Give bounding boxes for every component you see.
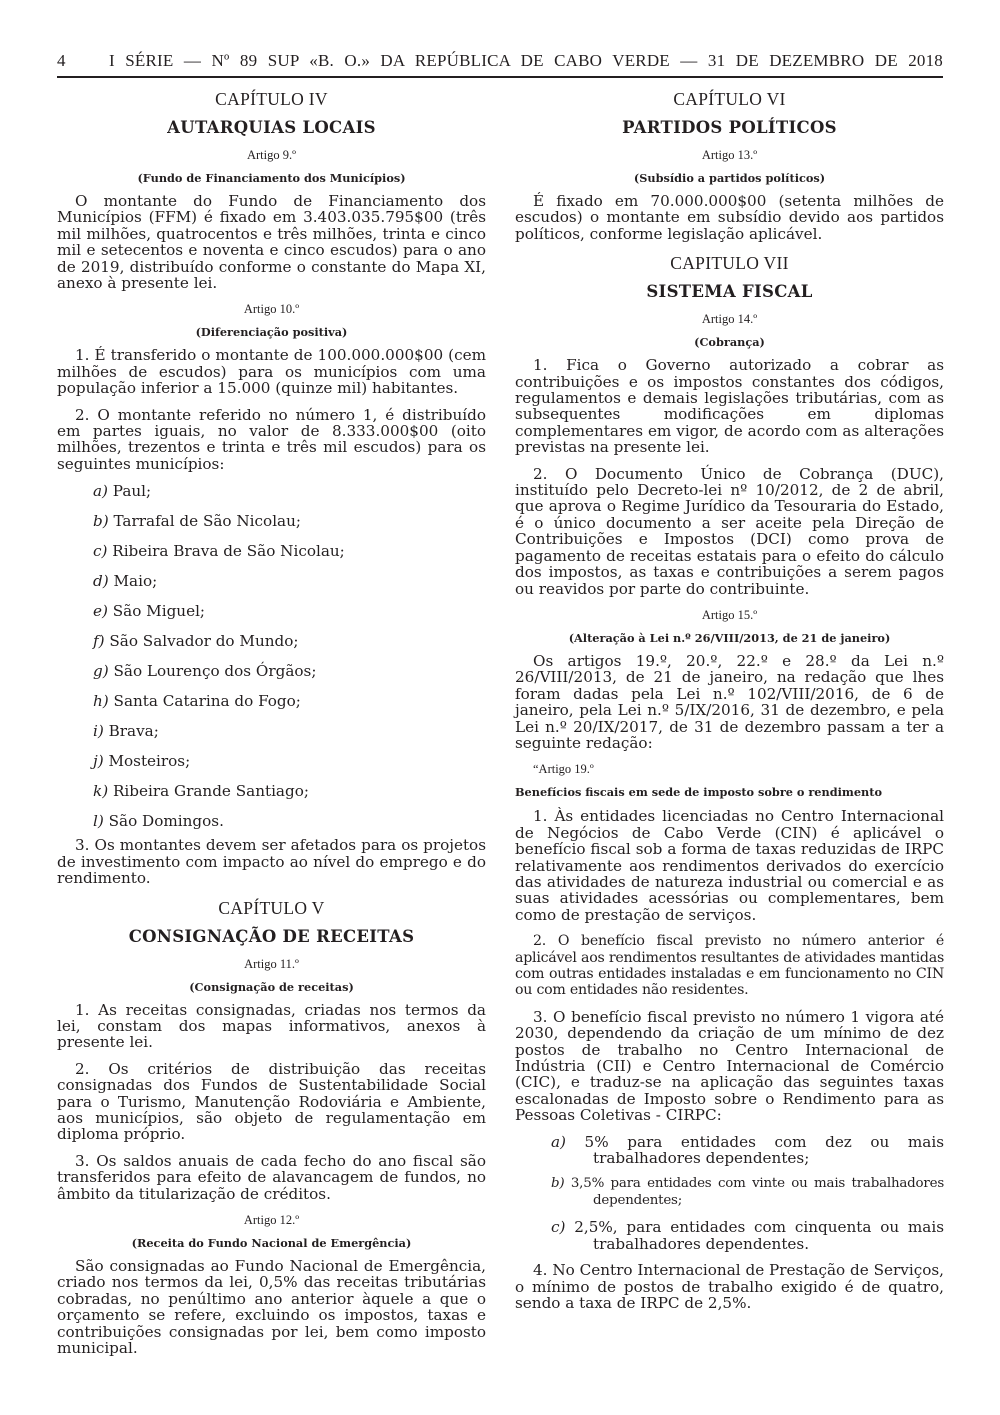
list-item: b) 3,5% para entidades com vinte ou mais… <box>551 1176 944 1209</box>
quoted-article-title: Benefícios fiscais em sede de imposto so… <box>515 785 944 800</box>
paragraph: 3. Os saldos anuais de cada fecho do ano… <box>57 1153 486 1202</box>
list-text: Ribeira Brava de São Nicolau; <box>107 542 344 560</box>
chapter-title: CONSIGNAÇÃO DE RECEITAS <box>57 927 486 947</box>
paragraph: 4. No Centro Internacional de Prestação … <box>515 1262 944 1311</box>
paragraph: 2. O benefício fiscal previsto no número… <box>515 933 944 999</box>
list-label: k) <box>93 782 108 800</box>
quoted-article-label: “Artigo 19.º <box>533 761 944 777</box>
page-number: 4 <box>57 50 66 72</box>
list-label: j) <box>93 752 104 770</box>
list-label: c) <box>93 542 107 560</box>
article-title: (Diferenciação positiva) <box>57 325 486 340</box>
list-text: 3,5% para entidades com vinte ou mais tr… <box>564 1176 944 1207</box>
paragraph: 3. O benefício fiscal previsto no número… <box>515 1009 944 1124</box>
list-item: c) Ribeira Brava de São Nicolau; <box>93 542 486 561</box>
paragraph: 1. As receitas consignadas, criadas nos … <box>57 1002 486 1051</box>
list-label: h) <box>93 692 109 710</box>
right-column: CAPÍTULO VI PARTIDOS POLÍTICOS Artigo 13… <box>515 88 944 1321</box>
chapter-title: AUTARQUIAS LOCAIS <box>57 118 486 138</box>
paragraph: 2. O Documento Único de Cobrança (DUC), … <box>515 466 944 597</box>
list-text: São Salvador do Mundo; <box>105 632 299 650</box>
header-rule <box>57 76 943 78</box>
paragraph: 2. O montante referido no número 1, é di… <box>57 407 486 473</box>
paragraph: 1. Às entidades licenciadas no Centro In… <box>515 808 944 923</box>
page-header: 4 I SÉRIE — Nº 89 SUP «B. O.» DA REPÚBLI… <box>57 50 943 72</box>
list-label: b) <box>93 512 109 530</box>
paragraph: 1. É transferido o montante de 100.000.0… <box>57 347 486 396</box>
list-label: e) <box>93 602 108 620</box>
list-text: 5% para entidades com dez ou mais trabal… <box>566 1133 944 1167</box>
list-item: i) Brava; <box>93 722 486 741</box>
article-label: Artigo 14.º <box>515 311 944 327</box>
list-text: Tarrafal de São Nicolau; <box>109 512 301 530</box>
chapter-label: CAPÍTULO VI <box>515 88 944 110</box>
paragraph: 1. Fica o Governo autorizado a cobrar as… <box>515 357 944 455</box>
list-item: b) Tarrafal de São Nicolau; <box>93 512 486 531</box>
gazette-title: I SÉRIE — Nº 89 SUP «B. O.» DA REPÚBLICA… <box>109 50 943 72</box>
list-text: Mosteiros; <box>104 752 191 770</box>
article-title: (Cobrança) <box>515 335 944 350</box>
list-text: São Domingos. <box>104 812 224 830</box>
list-item: f) São Salvador do Mundo; <box>93 632 486 651</box>
list-item: c) 2,5%, para entidades com cinquenta ou… <box>551 1219 944 1252</box>
list-item: h) Santa Catarina do Fogo; <box>93 692 486 711</box>
left-column: CAPÍTULO IV AUTARQUIAS LOCAIS Artigo 9.º… <box>57 88 486 1366</box>
paragraph: É fixado em 70.000.000$00 (setenta milhõ… <box>515 193 944 242</box>
article-title: (Alteração à Lei n.º 26/VIII/2013, de 21… <box>515 631 944 646</box>
list-text: Paul; <box>108 482 151 500</box>
list-label: c) <box>551 1218 565 1236</box>
article-title: (Subsídio a partidos políticos) <box>515 171 944 186</box>
list-label: d) <box>93 572 109 590</box>
article-label: Artigo 11.º <box>57 956 486 972</box>
list-item: g) São Lourenço dos Órgãos; <box>93 662 486 681</box>
chapter-label: CAPITULO VII <box>515 252 944 274</box>
list-text: Santa Catarina do Fogo; <box>109 692 301 710</box>
chapter-label: CAPÍTULO IV <box>57 88 486 110</box>
article-label: Artigo 12.º <box>57 1212 486 1228</box>
paragraph: 2. Os critérios de distribuição das rece… <box>57 1061 486 1143</box>
paragraph: O montante do Fundo de Financiamento dos… <box>57 193 486 291</box>
list-label: i) <box>93 722 104 740</box>
chapter-title: SISTEMA FISCAL <box>515 282 944 302</box>
paragraph: 3. Os montantes devem ser afetados para … <box>57 837 486 886</box>
paragraph: São consignadas ao Fundo Nacional de Eme… <box>57 1258 486 1356</box>
list-item: e) São Miguel; <box>93 602 486 621</box>
article-label: Artigo 10.º <box>57 301 486 317</box>
list-item: d) Maio; <box>93 572 486 591</box>
list-label: a) <box>93 482 108 500</box>
list-item: j) Mosteiros; <box>93 752 486 771</box>
chapter-label: CAPÍTULO V <box>57 897 486 919</box>
list-item: a) 5% para entidades com dez ou mais tra… <box>551 1134 944 1167</box>
list-text: 2,5%, para entidades com cinquenta ou ma… <box>565 1218 944 1252</box>
article-title: (Fundo de Financiamento dos Municípios) <box>57 171 486 186</box>
list-label: a) <box>551 1133 566 1151</box>
article-label: Artigo 15.º <box>515 607 944 623</box>
list-text: Maio; <box>109 572 158 590</box>
list-item: k) Ribeira Grande Santiago; <box>93 782 486 801</box>
article-label: Artigo 13.º <box>515 147 944 163</box>
chapter-title: PARTIDOS POLÍTICOS <box>515 118 944 138</box>
list-text: Brava; <box>104 722 159 740</box>
list-text: São Miguel; <box>108 602 205 620</box>
list-label: g) <box>93 662 109 680</box>
list-text: Ribeira Grande Santiago; <box>108 782 309 800</box>
list-text: São Lourenço dos Órgãos; <box>109 662 317 680</box>
paragraph: Os artigos 19.º, 20.º, 22.º e 28.º da Le… <box>515 653 944 751</box>
article-title: (Consignação de receitas) <box>57 980 486 995</box>
article-title: (Receita do Fundo Nacional de Emergência… <box>57 1236 486 1251</box>
list-label: b) <box>551 1176 564 1191</box>
list-label: f) <box>93 632 105 650</box>
article-label: Artigo 9.º <box>57 147 486 163</box>
list-item: a) Paul; <box>93 482 486 501</box>
list-item: l) São Domingos. <box>93 812 486 831</box>
list-label: l) <box>93 812 104 830</box>
